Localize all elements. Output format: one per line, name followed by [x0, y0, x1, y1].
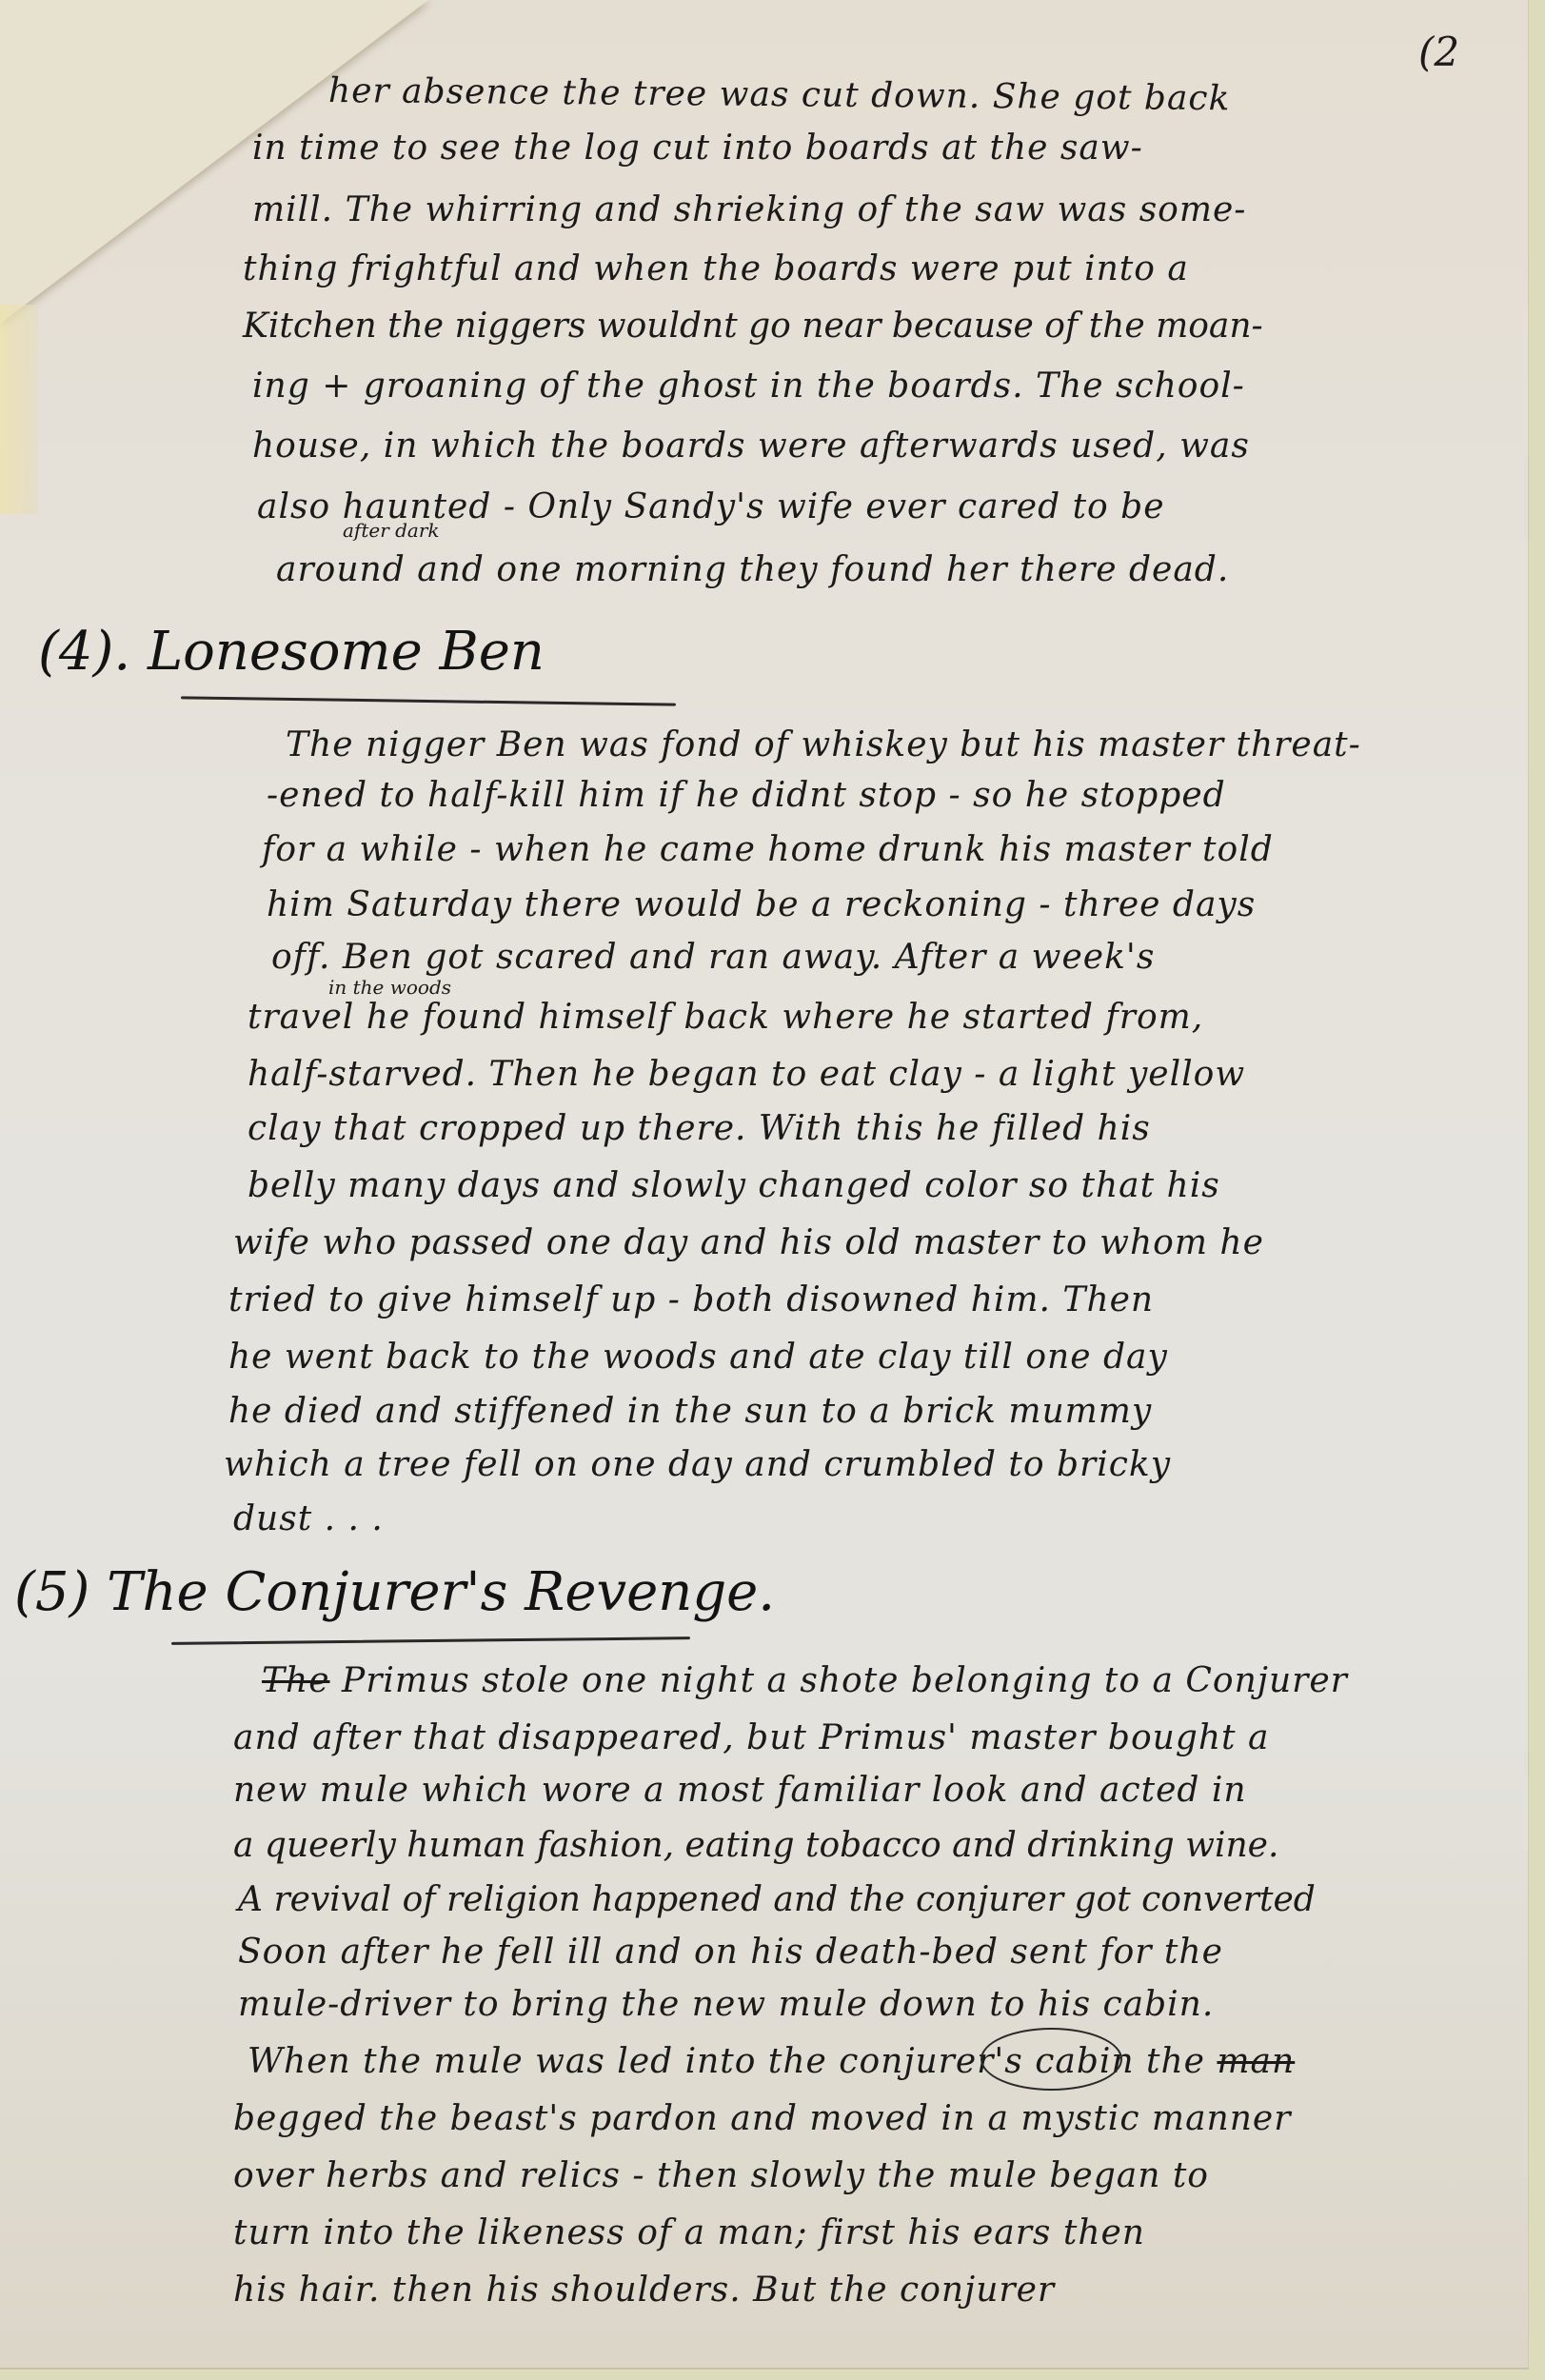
section-title: Lonesome Ben	[148, 621, 545, 683]
text-line: in time to see the log cut into boards a…	[252, 129, 1143, 168]
text-line: he died and stiffened in the sun to a br…	[228, 1392, 1152, 1431]
folded-corner-shadow	[0, 305, 38, 514]
section-heading: (4). Lonesome Ben	[38, 621, 545, 683]
text-line: and after that disappeared, but Primus' …	[233, 1718, 1269, 1757]
text-line: -ened to half-kill him if he didnt stop …	[267, 776, 1226, 815]
text-line: his hair. then his shoulders. But the co…	[233, 2271, 1055, 2310]
text-line: tried to give himself up - both disowned…	[228, 1280, 1154, 1319]
text-line: Soon after he fell ill and on his death-…	[238, 1933, 1223, 1972]
text-line: The nigger Ben was fond of whiskey but h…	[286, 725, 1361, 764]
manuscript-page: (2 her absence the tree was cut down. Sh…	[0, 0, 1529, 2370]
text-line: The Primus stole one night a shote belon…	[262, 1661, 1348, 1700]
text-line: a queerly human fashion, eating tobacco …	[233, 1826, 1278, 1865]
title-underline	[171, 1636, 690, 1645]
text-line: A revival of religion happened and the c…	[238, 1880, 1316, 1919]
insertion-note: in the woods	[328, 976, 451, 999]
section-number: (4).	[38, 621, 130, 683]
page-number: (2	[1418, 29, 1459, 75]
text-line: begged the beast's pardon and moved in a…	[233, 2099, 1291, 2138]
text-line: him Saturday there would be a reckoning …	[267, 885, 1256, 924]
text-line: around and one morning they found her th…	[276, 550, 1229, 589]
text-line: he went back to the woods and ate clay t…	[228, 1338, 1168, 1377]
text-line: off. Ben got scared and ran away. After …	[271, 938, 1155, 977]
text-line: thing frightful and when the boards were…	[243, 249, 1189, 288]
section-title: The Conjurer's Revenge.	[107, 1561, 775, 1623]
text-line: for a while - when he came home drunk hi…	[262, 830, 1274, 869]
circle-annotation	[980, 2028, 1122, 2091]
text-line: half-starved. Then he began to eat clay …	[248, 1055, 1245, 1094]
struck-word: The	[262, 1661, 330, 1700]
struck-word: man	[1217, 2042, 1295, 2081]
section-heading: (5) The Conjurer's Revenge.	[14, 1561, 775, 1623]
text-line: her absence the tree was cut down. She g…	[328, 71, 1231, 118]
text-line: mill. The whirring and shrieking of the …	[252, 190, 1246, 229]
text-line-body: Primus stole one night a shote belonging…	[342, 1661, 1348, 1700]
section-number: (5)	[14, 1561, 89, 1623]
text-line: over herbs and relics - then slowly the …	[233, 2156, 1209, 2195]
title-underline	[181, 696, 676, 705]
text-line: ing + groaning of the ghost in the board…	[252, 367, 1245, 406]
text-line: house, in which the boards were afterwar…	[252, 426, 1250, 466]
text-line: which a tree fell on one day and crumble…	[224, 1445, 1171, 1484]
insertion-note: after dark	[343, 519, 440, 542]
text-line: When the mule was led into the conjurer'…	[248, 2042, 1295, 2081]
text-line: turn into the likeness of a man; first h…	[233, 2213, 1145, 2252]
text-line: clay that cropped up there. With this he…	[248, 1109, 1151, 1148]
text-line: Kitchen the niggers wouldnt go near beca…	[243, 307, 1263, 346]
text-line: new mule which wore a most familiar look…	[233, 1771, 1247, 1810]
text-line: belly many days and slowly changed color…	[248, 1166, 1220, 1205]
text-line: mule-driver to bring the new mule down t…	[238, 1985, 1214, 2024]
text-line: wife who passed one day and his old mast…	[233, 1223, 1264, 1262]
text-line: travel he found himself back where he st…	[248, 998, 1203, 1037]
text-line: dust . . .	[233, 1499, 384, 1538]
